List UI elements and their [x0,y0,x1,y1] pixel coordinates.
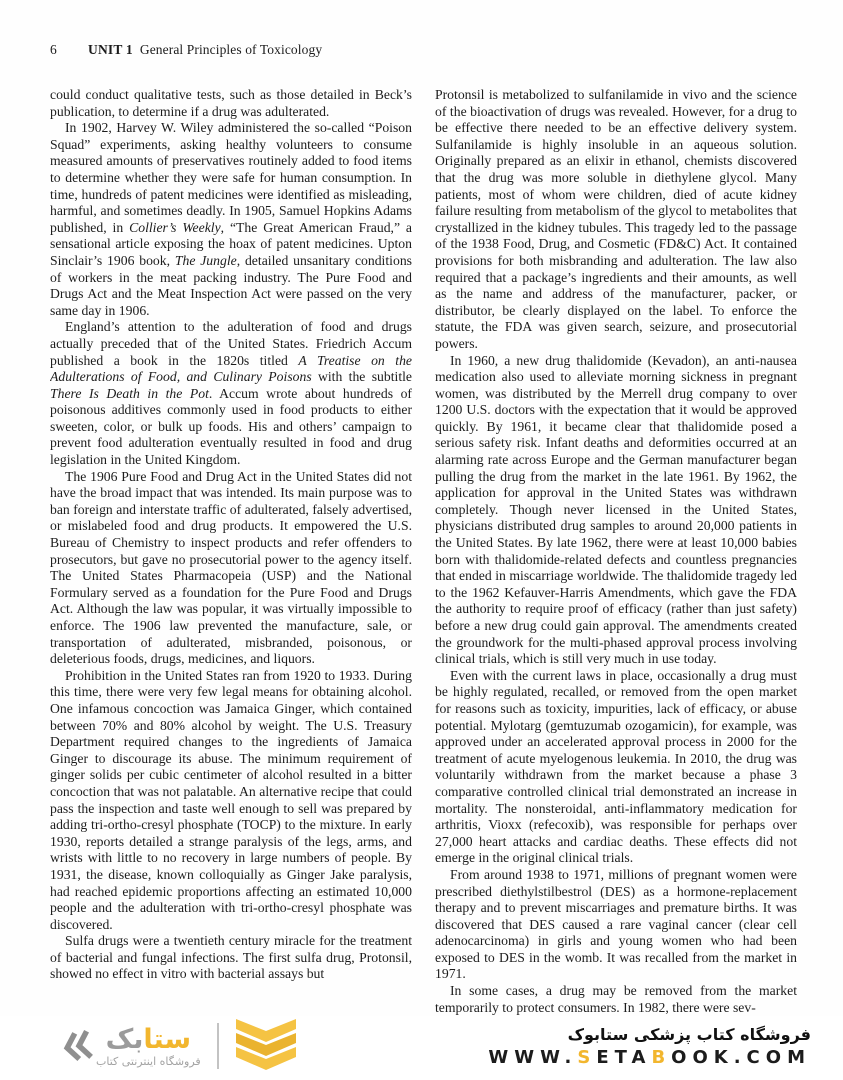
paragraph: Prohibition in the United States ran fro… [50,668,412,934]
site-url: WWW.SETABOOK.COM [488,1047,811,1068]
setabook-logo: ستابک فروشگاه اینترنتی کتاب [62,1019,299,1073]
paragraph: England’s attention to the adulteration … [50,319,412,468]
double-left-chevron-icon [59,1025,97,1066]
page-number: 6 [50,42,88,58]
paragraph: The 1906 Pure Food and Drug Act in the U… [50,469,412,668]
paragraph: In 1960, a new drug thalidomide (Kevadon… [435,353,797,668]
stacked-chevron-emblem-icon [233,1019,299,1073]
paragraph: Protonsil is metabolized to sulfanilamid… [435,87,797,353]
article-body: could conduct qualitative tests, such as… [50,87,797,1045]
column-left: could conduct qualitative tests, such as… [50,87,412,1045]
paragraph: Even with the current laws in place, occ… [435,668,797,867]
page-header: 6 UNIT 1 General Principles of Toxicolog… [50,42,322,58]
unit-label: UNIT 1 [88,42,133,58]
paragraph: In 1902, Harvey W. Wiley administered th… [50,120,412,319]
site-info: فروشگاه کتاب پزشکی ستابوک WWW.SETABOOK.C… [488,1025,811,1068]
paragraph: Sulfa drugs were a twentieth century mir… [50,933,412,983]
logo-text-block: ستابک فروشگاه اینترنتی کتاب [96,1025,201,1068]
footer-banner: ستابک فروشگاه اینترنتی کتاب فروشگاه کتاب… [0,1016,843,1080]
unit-title: General Principles of Toxicology [140,42,322,58]
paragraph: From around 1938 to 1971, millions of pr… [435,867,797,983]
logo-wordmark: ستابک [106,1025,192,1055]
column-right: Protonsil is metabolized to sulfanilamid… [435,87,797,1045]
store-title: فروشگاه کتاب پزشکی ستابوک [568,1025,811,1044]
paragraph: could conduct qualitative tests, such as… [50,87,412,120]
paragraph: In some cases, a drug may be removed fro… [435,983,797,1016]
logo-divider [217,1023,219,1069]
logo-tagline: فروشگاه اینترنتی کتاب [96,1055,201,1068]
